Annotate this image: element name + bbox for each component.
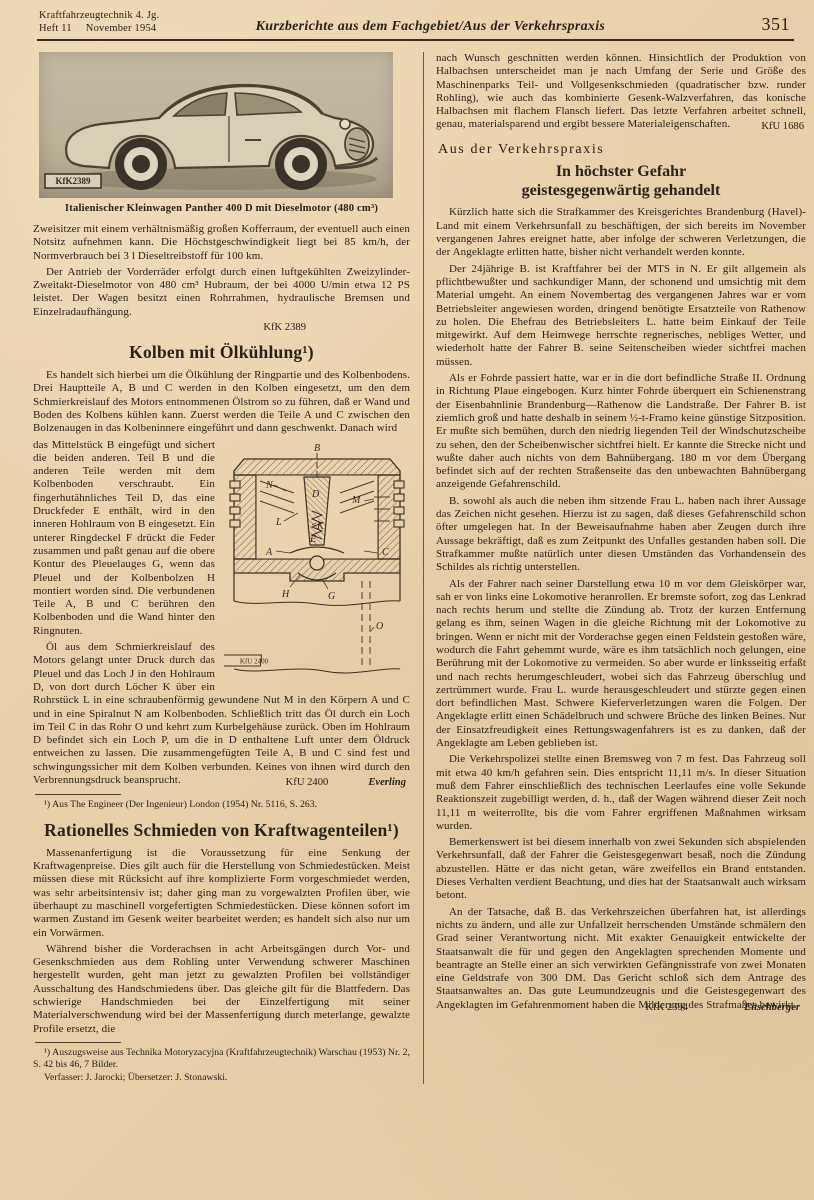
verkehr-paragraph-7: Bemerkenswert ist bei diesem innerhalb v…: [436, 836, 806, 902]
verkehr-paragraph-1: Kürzlich hatte sich die Strafkammer des …: [436, 206, 806, 259]
article1-title: Kolben mit Ölkühlung¹): [33, 342, 410, 363]
verkehr-credit: KfK 2394: [645, 1002, 688, 1013]
issue-number: Heft 11: [39, 23, 72, 36]
diagram-label-A: A: [265, 547, 273, 558]
continuation-paragraph: nach Wunsch geschnitten werden können. H…: [436, 52, 806, 132]
diagram-stamp: KfU 2400: [240, 657, 269, 665]
section-heading: Aus der Verkehrspraxis: [438, 142, 806, 158]
footnote-rule: [35, 794, 121, 795]
issue-date: November 1954: [86, 23, 157, 36]
article2-paragraph-2: Während bisher die Vorderachsen in acht …: [33, 943, 410, 1036]
journal-title: Kraftfahrzeugtechnik 4. Jg.: [39, 10, 159, 23]
verkehr-paragraph-2: Der 24jährige B. ist Kraftfahrer bei der…: [436, 263, 806, 369]
car-photo-illustration: KfK2389: [39, 52, 393, 198]
article1-author: Everling: [368, 777, 406, 788]
article2-title: Rationelles Schmieden von Kraftwagenteil…: [33, 820, 410, 841]
intro-credit: KfK 2389: [263, 322, 306, 333]
verkehr-paragraph-4: B. sowohl als auch die neben ihm sitzend…: [436, 495, 806, 575]
intro-paragraph-2: Der Antrieb der Vorderräder erfolgt durc…: [33, 266, 410, 319]
car-photo: KfK2389: [39, 52, 393, 198]
left-column: KfK2389 Italienischer Kleinwagen Panther…: [33, 52, 410, 1084]
diagram-label-K: K: [316, 521, 325, 532]
journal-info: Kraftfahrzeugtechnik 4. Jg. Heft 11 Nove…: [39, 10, 159, 35]
article1-credit: KfU 2400: [286, 777, 329, 788]
journal-page: Kraftfahrzeugtechnik 4. Jg. Heft 11 Nove…: [0, 0, 814, 1200]
photo-caption: Italienischer Kleinwagen Panther 400 D m…: [33, 203, 410, 214]
article2-footnote-1: ¹) Auszugsweise aus Technika Motoryzacyj…: [33, 1047, 410, 1071]
diagram-label-C: C: [382, 547, 389, 558]
diagram-label-B: B: [314, 443, 320, 454]
continuation-credit: KfU 1686: [761, 121, 804, 132]
diagram-label-G: G: [328, 591, 335, 602]
article1-flow-block: B N D M L K E A C H G O KfU 2400: [33, 439, 410, 791]
article2-paragraph-1: Massenanfertigung ist die Voraussetzung …: [33, 847, 410, 940]
article2-footnote-2: Verfasser: J. Jarocki; Übersetzer: J. St…: [33, 1072, 410, 1084]
diagram-label-N: N: [265, 480, 274, 491]
diagram-label-E: E: [309, 534, 316, 545]
page-header: Kraftfahrzeugtechnik 4. Jg. Heft 11 Nove…: [33, 8, 794, 38]
verkehr-paragraph-3: Als er Fohrde passiert hatte, war er in …: [436, 372, 806, 492]
intro-paragraph-1: Zweisitzer mit einem verhältnismäßig gro…: [33, 223, 410, 263]
diagram-label-O: O: [376, 621, 383, 632]
diagram-label-H: H: [281, 589, 290, 600]
photo-stamp: KfK2389: [56, 176, 91, 186]
running-head: Kurzberichte aus dem Fachgebiet/Aus der …: [256, 19, 606, 35]
right-column: nach Wunsch geschnitten werden können. H…: [423, 52, 806, 1084]
verkehr-paragraph-5: Als der Fahrer nach seiner Darstellung e…: [436, 578, 806, 751]
diagram-label-L: L: [275, 517, 282, 528]
diagram-label-D: D: [311, 489, 320, 500]
header-rule: [37, 39, 794, 41]
piston-diagram: B N D M L K E A C H G O KfU 2400: [224, 441, 410, 683]
verkehr-article-title-line2: geistesgegenwärtig gehandelt: [436, 181, 806, 200]
page-number: 351: [761, 14, 790, 35]
verkehr-author: Eitschberger: [744, 1002, 800, 1013]
verkehr-paragraph-6: Die Verkehrspolizei stellte einen Bremsw…: [436, 753, 806, 833]
article1-paragraph-1: Es handelt sich hierbei um die Ölkühlung…: [33, 369, 410, 435]
verkehr-article-title-line1: In höchster Gefahr: [436, 162, 806, 181]
footnote-rule-2: [35, 1042, 121, 1043]
diagram-label-M: M: [351, 495, 361, 506]
verkehr-paragraph-8: An der Tatsache, daß B. das Verkehrszeic…: [436, 906, 806, 1012]
article1-footnote: ¹) Aus The Engineer (Der Ingenieur) Lond…: [33, 799, 410, 811]
